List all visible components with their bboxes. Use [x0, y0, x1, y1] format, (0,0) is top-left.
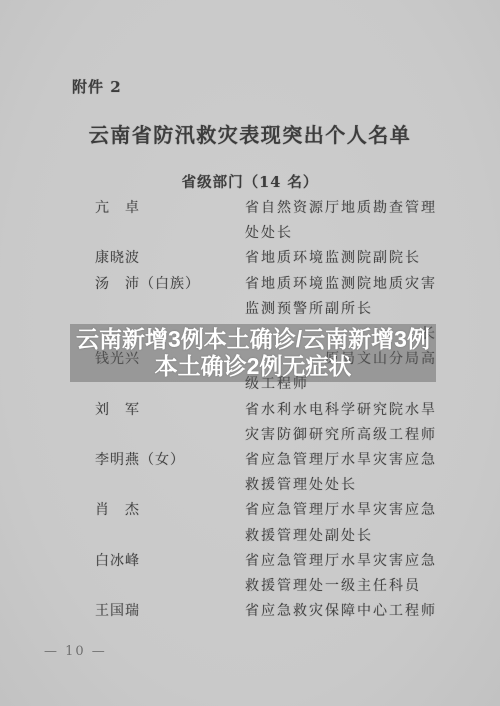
roster-row: 白冰峰 省应急管理厅水旱灾害应急 救援管理处一级主任科员: [95, 549, 437, 599]
person-title-line: 省应急管理厅水旱灾害应急: [245, 498, 437, 523]
person-name: 亢 卓: [95, 196, 245, 221]
news-watermark-banner: 云南新增3例本土确诊/云南新增3例 本土确诊2例无症状: [70, 324, 436, 382]
roster-row: 亢 卓 省自然资源厅地质勘查管理 处处长: [95, 196, 437, 246]
roster-row: 肖 杰 省应急管理厅水旱灾害应急 救援管理处副处长: [95, 498, 437, 548]
person-title-line: 救援管理处副处长: [245, 524, 437, 549]
person-name: 王国瑞: [95, 599, 245, 624]
person-title-line: 省应急管理厅水旱灾害应急: [245, 549, 437, 574]
person-title-line: 灾害防御研究所高级工程师: [245, 423, 437, 448]
person-title-line: 省地质环境监测院副院长: [245, 246, 437, 271]
attachment-label: 附件 2: [72, 76, 122, 97]
scanned-document-page: 附件 2 云南省防汛救灾表现突出个人名单 省级部门（14 名） 亢 卓 省自然资…: [0, 0, 500, 706]
person-title-line: 省应急救灾保障中心工程师: [245, 599, 437, 624]
person-title-line: 省自然资源厅地质勘查管理: [245, 196, 437, 221]
roster-row: 康晓波 省地质环境监测院副院长: [95, 246, 437, 271]
person-name: 李明燕（女）: [95, 448, 245, 473]
page-number: — 10 —: [44, 644, 107, 659]
person-name: 白冰峰: [95, 549, 245, 574]
roster-row: 刘 军 省水利水电科学研究院水旱 灾害防御研究所高级工程师: [95, 398, 437, 448]
person-name: 康晓波: [95, 246, 245, 271]
person-title-line: 监测预警所副所长: [245, 297, 437, 322]
person-name: 肖 杰: [95, 498, 245, 523]
roster-list: 亢 卓 省自然资源厅地质勘查管理 处处长 康晓波 省地质环境监测院副院长 汤 沛…: [95, 196, 437, 624]
document-title: 云南省防汛救灾表现突出个人名单: [0, 119, 500, 148]
person-title-line: 省应急管理厅水旱灾害应急: [245, 448, 437, 473]
person-title-line: 救援管理处一级主任科员: [245, 574, 437, 599]
banner-headline-line1: 云南新增3例本土确诊/云南新增3例: [76, 326, 430, 353]
section-heading: 省级部门（14 名）: [0, 171, 500, 192]
roster-row: 李明燕（女） 省应急管理厅水旱灾害应急 救援管理处处长: [95, 448, 437, 498]
person-title-line: 省地质环境监测院地质灾害: [245, 272, 437, 297]
person-title-line: 救援管理处处长: [245, 473, 437, 498]
roster-row: 汤 沛（白族） 省地质环境监测院地质灾害 监测预警所副所长: [95, 272, 437, 322]
banner-headline-line2: 本土确诊2例无症状: [155, 353, 352, 380]
roster-row: 王国瑞 省应急救灾保障中心工程师: [95, 599, 437, 624]
person-name: 刘 军: [95, 398, 245, 423]
person-title-line: 处处长: [245, 221, 437, 246]
person-name: 汤 沛（白族）: [95, 272, 245, 297]
person-title-line: 省水利水电科学研究院水旱: [245, 398, 437, 423]
